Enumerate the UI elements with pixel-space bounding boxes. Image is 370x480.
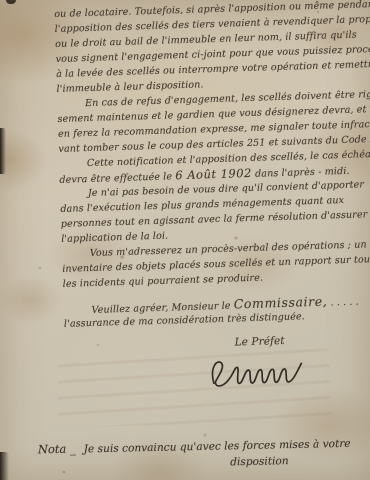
page-edge-shadow [0,452,9,480]
salutation-recipient: Commissaire, [233,294,327,312]
letter-page: ou de locataire. Toutefois, si après l'a… [0,0,370,480]
letter-body: ou de locataire. Toutefois, si après l'a… [54,0,370,407]
appointment-date: 6 Août 1902 [175,166,252,182]
nota-postscript: Nota _Je suis convaincu qu'avec les forc… [38,435,359,475]
nota-label: Nota _ [38,441,84,456]
page-edge-shadow [0,128,6,174]
signature-scrawl [203,348,370,402]
closing-title: Le Préfet [234,331,370,350]
salutation-trailing-dots: . . . . . [327,297,359,309]
page-edge-shadow [6,0,16,4]
signature-scrawl-icon [203,349,344,397]
